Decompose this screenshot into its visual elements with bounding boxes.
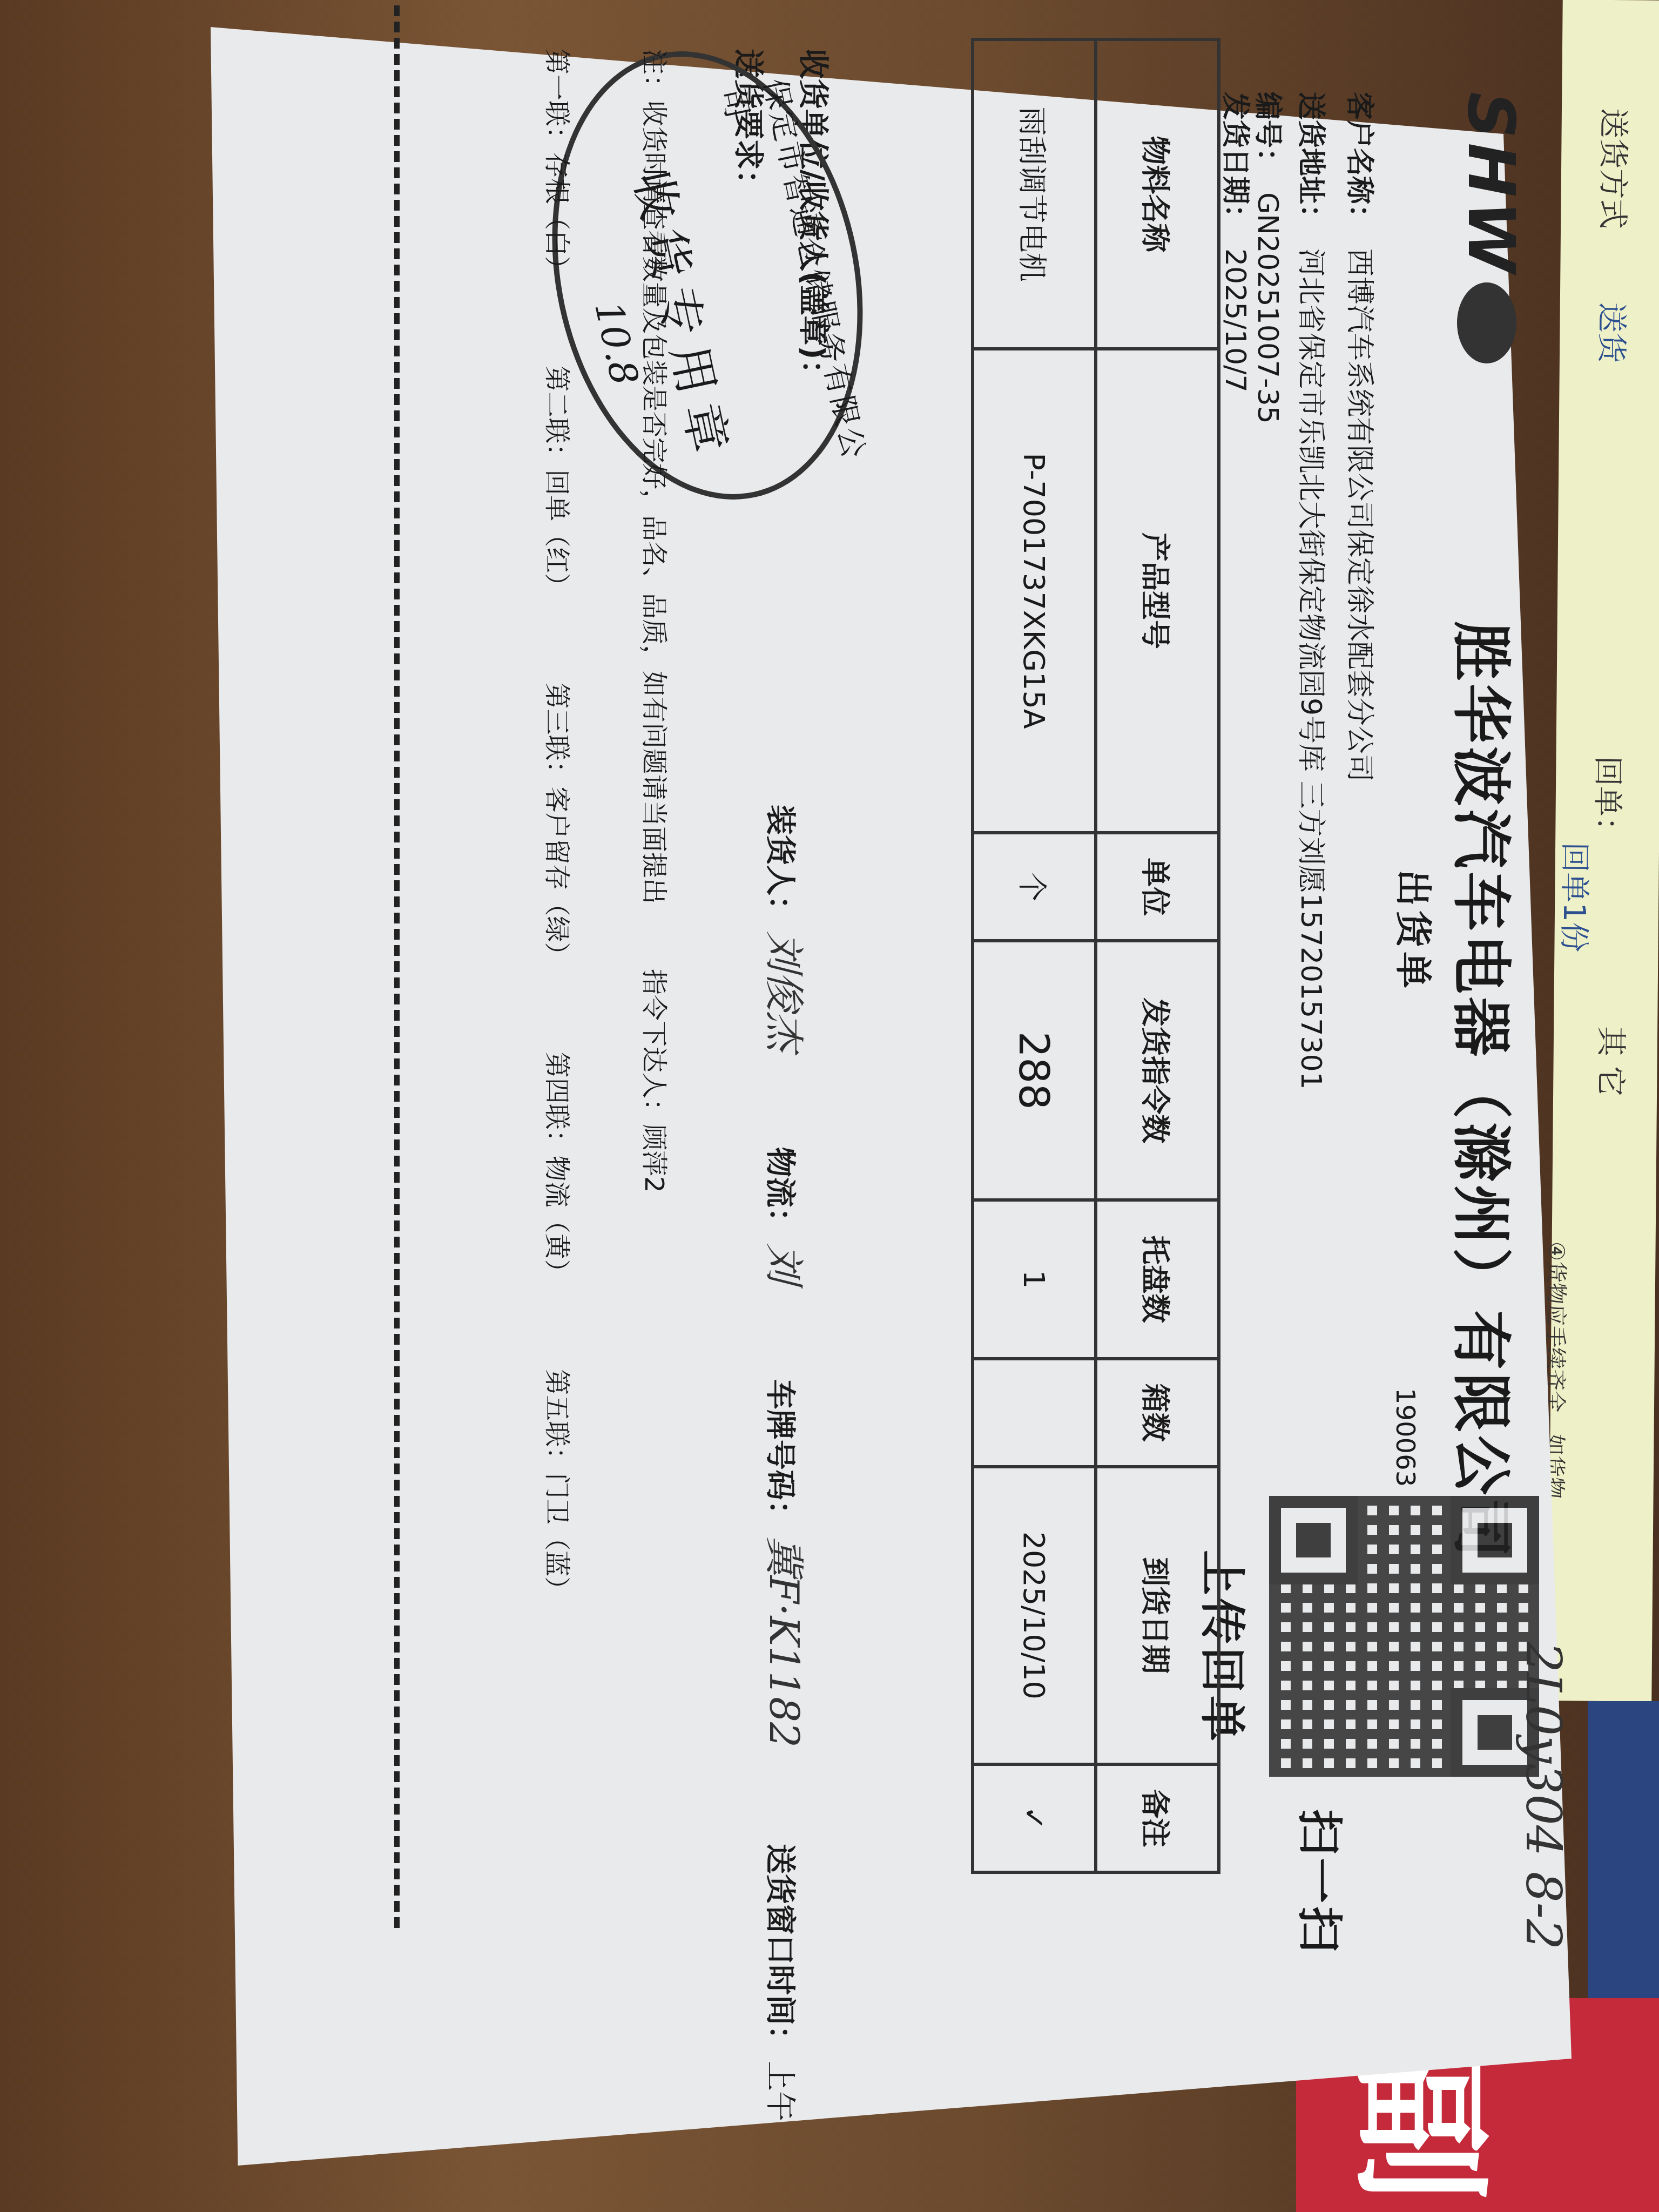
- copy-distribution: 第一联：存根（白） 第二联：回单（红） 第三联：客户留存（绿） 第四联：物流（黄…: [541, 49, 578, 1678]
- receipt-label: 回单：: [1588, 756, 1631, 847]
- delivery-method-value: 送货: [1592, 302, 1636, 363]
- qr-code[interactable]: [1269, 1496, 1539, 1777]
- cell-arrival: 2025/10/10: [973, 1467, 1096, 1764]
- header-pallets: 托盘数: [1096, 1200, 1219, 1358]
- header-model: 产品型号: [1096, 349, 1219, 833]
- company-logo: SHW: [1453, 92, 1528, 363]
- ship-date-value: 2025/10/7: [1219, 248, 1251, 393]
- cell-qty: 288: [973, 941, 1096, 1200]
- header-boxes: 箱数: [1096, 1359, 1219, 1467]
- doc-type: 出货单: [1390, 869, 1442, 993]
- tear-line: [394, 5, 400, 1928]
- instruction-issuer: 指令下达人：顾萍2: [639, 969, 669, 1193]
- header-unit: 单位: [1096, 833, 1219, 941]
- delivery-method-label: 送货方式: [1593, 108, 1637, 230]
- cell-unit: 个: [973, 833, 1096, 941]
- notice-line: 注：收货时请查看数量及包装是否完好，品名、品质，如有问题请当面提出指令下达人：顾…: [638, 49, 675, 1193]
- ship-date-field: 发货日期：2025/10/7: [1218, 92, 1258, 393]
- receipt-value: 回单1份: [1554, 842, 1599, 952]
- logistics-signature: 刘: [760, 1243, 807, 1283]
- delivery-note: SHW 胜华波汽车电器（滁州）有限公司 出货单 190063 上传回单 扫一扫 …: [319, 27, 1561, 1971]
- header-material: 物料名称: [1096, 39, 1219, 349]
- cell-boxes: [973, 1359, 1096, 1467]
- table-header-row: 物料名称 产品型号 单位 发货指令数 托盘数 箱数 到货日期 备注: [1096, 39, 1219, 1872]
- plate-number: 冀F·K1182: [760, 1536, 807, 1748]
- other-label: 其 它: [1591, 1026, 1635, 1097]
- red-box-text: 副: [1331, 2061, 1532, 2202]
- items-table: 物料名称 产品型号 单位 发货指令数 托盘数 箱数 到货日期 备注 雨刮调节电机…: [971, 38, 1220, 1874]
- qr-label-scan: 扫一扫: [1290, 1809, 1355, 1955]
- cell-model: P-7001737XKG15A: [973, 349, 1096, 833]
- header-remark: 备注: [1096, 1764, 1219, 1872]
- handwritten-note: 2L0y304 8-2: [1515, 1642, 1572, 1950]
- customer-field: 客户名称：西博汽车系统有限公司保定徐水配套分公司: [1342, 92, 1382, 782]
- header-arrival: 到货日期: [1096, 1467, 1219, 1764]
- signature-row: 装货人：刘俊杰 物流：刘 车牌号码：冀F·K1182 送货窗口时间：上午: [758, 805, 815, 2208]
- background-paper: 送货方式 送货 回单： 回单1份 其 它 ④货物应手续齐全，如货物: [1548, 0, 1659, 1702]
- cell-pallets: 1: [973, 1200, 1096, 1358]
- address-field: 送货地址：河北省保定市乐凯北大街保定物流园9号库 三方刘愿15720157301: [1293, 92, 1334, 1090]
- address-value: 河北省保定市乐凯北大街保定物流园9号库 三方刘愿15720157301: [1294, 248, 1327, 1090]
- cell-material: 雨刮调节电机: [973, 39, 1096, 349]
- doc-number: 190063: [1390, 1388, 1420, 1487]
- delivery-window: 上午: [763, 2061, 798, 2121]
- company-title: 胜华波汽车电器（滁州）有限公司: [1443, 621, 1528, 1561]
- header-qty: 发货指令数: [1096, 941, 1219, 1200]
- cell-remark: ✓: [973, 1764, 1096, 1872]
- loader-signature: 刘俊杰: [760, 931, 807, 1051]
- blue-folder: [1588, 1701, 1659, 2025]
- customer-value: 西博汽车系统有限公司保定徐水配套分公司: [1343, 248, 1375, 782]
- table-row: 雨刮调节电机 P-7001737XKG15A 个 288 1 2025/10/1…: [973, 39, 1096, 1872]
